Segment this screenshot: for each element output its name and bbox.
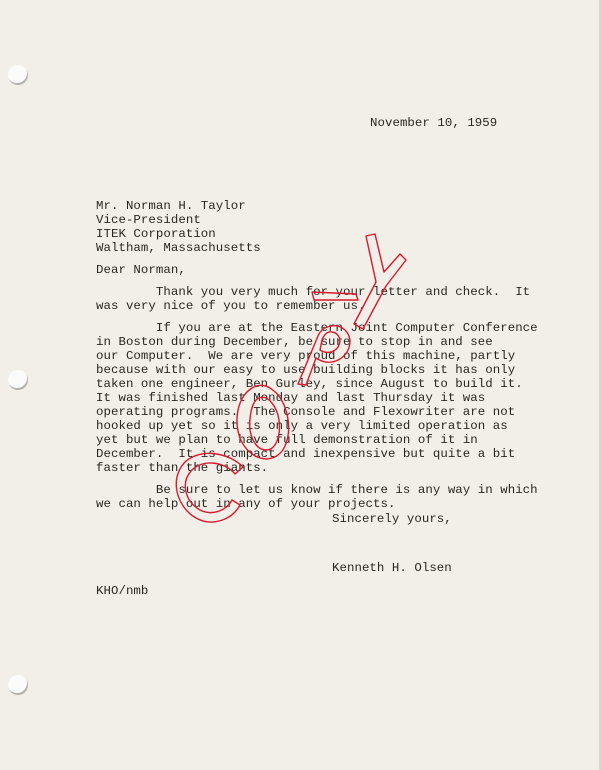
closing: Sincerely yours,	[332, 512, 452, 527]
salutation: Dear Norman,	[96, 263, 186, 278]
paragraph-line: Be sure to let us know if there is any w…	[96, 483, 538, 498]
signature-name: Kenneth H. Olsen	[332, 561, 452, 576]
paragraph-line: taken one engineer, Ben Gurley, since Au…	[96, 377, 523, 392]
recipient-address: Waltham, Massachusetts	[96, 241, 261, 256]
paragraph-line: December. It is compact and inexpensive …	[96, 447, 515, 462]
typist-initials: KHO/nmb	[96, 584, 148, 599]
punch-hole-icon	[8, 675, 28, 695]
letter-page: November 10, 1959 Mr. Norman H. Taylor V…	[0, 0, 602, 770]
recipient-title: Vice-President	[96, 213, 201, 228]
paragraph-line: our Computer. We are very proud of this …	[96, 349, 515, 364]
recipient-name: Mr. Norman H. Taylor	[96, 199, 246, 214]
paragraph-line: faster than the giants.	[96, 461, 268, 476]
recipient-company: ITEK Corporation	[96, 227, 216, 242]
paragraph-line: was very nice of you to remember us.	[96, 299, 365, 314]
paragraph-line: in Boston during December, be sure to st…	[96, 335, 493, 350]
paragraph-line: operating programs. The Console and Flex…	[96, 405, 515, 420]
paragraph-line: It was finished last Monday and last Thu…	[96, 391, 485, 406]
paragraph-line: we can help out in any of your projects.	[96, 497, 395, 512]
paragraph-line: yet but we plan to have full demonstrati…	[96, 433, 478, 448]
punch-hole-icon	[8, 65, 28, 85]
letter-date: November 10, 1959	[370, 116, 497, 131]
punch-hole-icon	[8, 370, 28, 390]
paragraph-line: hooked up yet so it is only a very limit…	[96, 419, 508, 434]
paragraph-line: If you are at the Eastern Joint Computer…	[96, 321, 538, 336]
paragraph-line: Thank you very much for your letter and …	[96, 285, 530, 300]
paragraph-line: because with our easy to use building bl…	[96, 363, 515, 378]
